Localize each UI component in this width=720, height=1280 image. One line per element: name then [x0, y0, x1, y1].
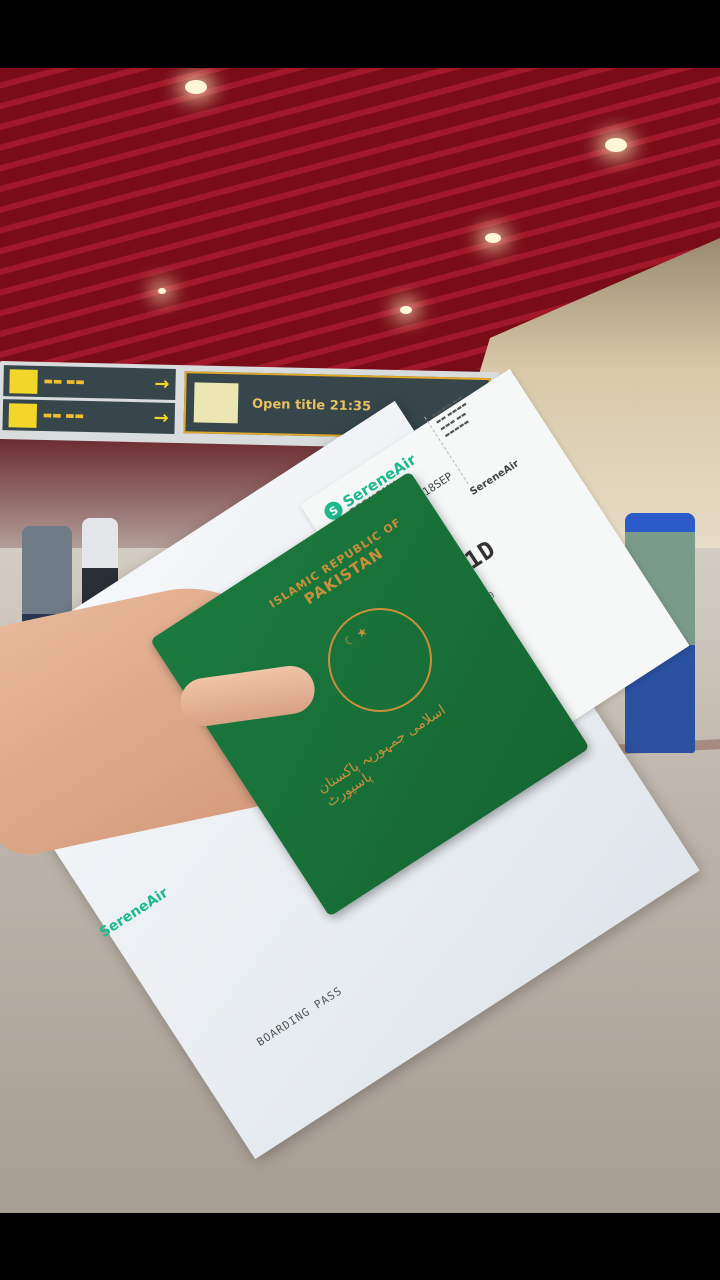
passport-urdu-title: اسلامی جمہوریہ پاکستان پاسپورٹ: [315, 702, 458, 810]
ceiling-light: [185, 80, 207, 94]
ceiling-light: [605, 138, 627, 152]
sign-icon: [9, 369, 38, 394]
sign-pictogram: [194, 382, 239, 423]
arrow-right-icon: →: [153, 408, 169, 429]
arrow-right-icon: →: [154, 374, 170, 395]
sign-icon: [9, 403, 38, 428]
sign-text: Open title 21:35: [252, 396, 451, 416]
ceiling-light: [158, 288, 166, 294]
ceiling-light: [400, 306, 412, 314]
ceiling-light: [485, 233, 501, 243]
